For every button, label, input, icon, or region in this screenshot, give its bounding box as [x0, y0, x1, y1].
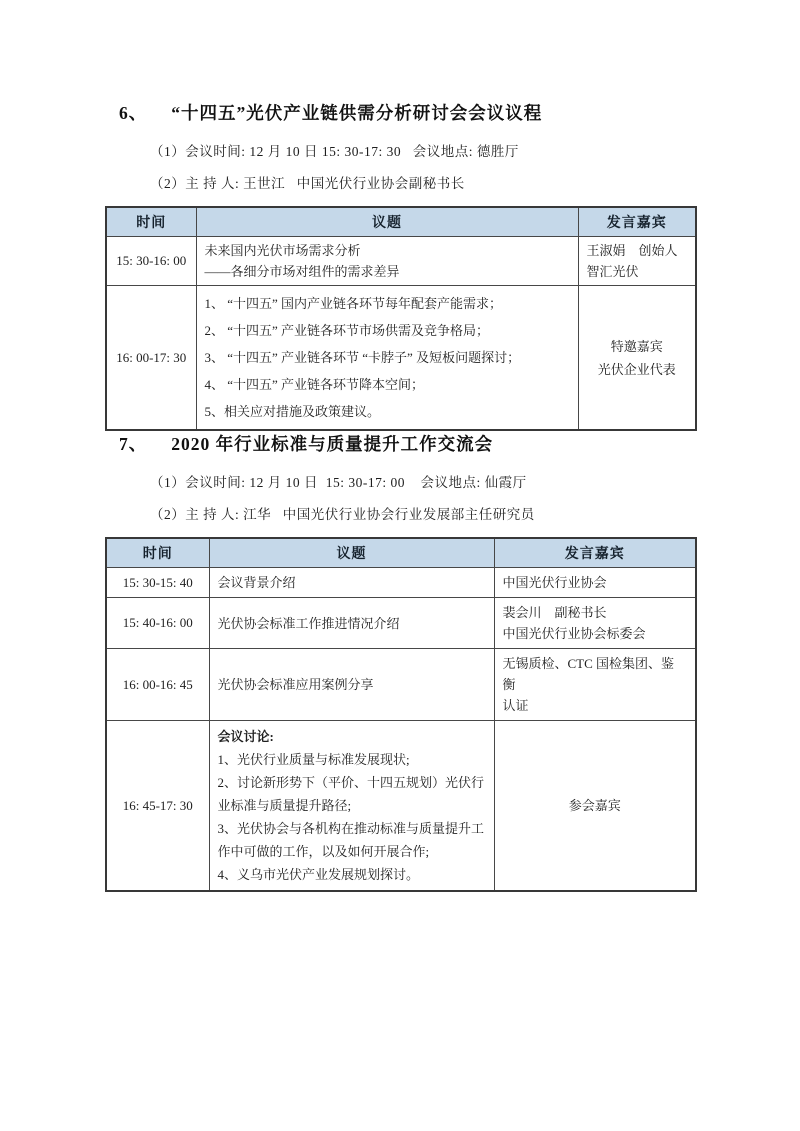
section-7-number: 7、: [119, 431, 147, 457]
topic-line: 2、讨论新形势下（平价、十四五规划）光伏行业标准与质量提升路径;: [218, 771, 486, 817]
section-6-meeting-time-line: （1）会议时间: 12 月 10 日 15: 30-17: 30 会议地点: 德…: [150, 142, 695, 162]
column-header-1: 议题: [196, 207, 578, 237]
topic-line: 1、 “十四五” 国内产业链各环节每年配套产能需求；: [205, 290, 570, 317]
section-6-moderator-line: （2）主 持 人: 王世江 中国光伏行业协会副秘书长: [150, 174, 695, 194]
topic-line: 光伏协会标准工作推进情况介绍: [218, 613, 486, 634]
speaker-line: 中国光伏行业协会标委会: [503, 623, 688, 644]
topic-line: ——各细分市场对组件的需求差异: [205, 261, 570, 282]
column-header-0: 时间: [106, 538, 209, 568]
section-6-heading: 6、“十四五”光伏产业链供需分析研讨会会议议程: [119, 100, 695, 126]
table-row: 16: 45-17: 30会议讨论:1、光伏行业质量与标准发展现状;2、讨论新形…: [106, 721, 696, 892]
topic-cell: 光伏协会标准工作推进情况介绍: [209, 598, 494, 649]
topic-line: 会议背景介绍: [218, 572, 486, 593]
speaker-cell: 王淑娟 创始人智汇光伏: [578, 237, 696, 286]
column-header-2: 发言嘉宾: [578, 207, 696, 237]
speaker-line: 裴会川 副秘书长: [503, 602, 688, 623]
topic-line: 1、光伏行业质量与标准发展现状;: [218, 748, 486, 771]
speaker-cell: 中国光伏行业协会: [494, 568, 696, 598]
topic-line: 2、 “十四五” 产业链各环节市场供需及竞争格局；: [205, 317, 570, 344]
topic-line: 会议讨论:: [218, 725, 486, 748]
header-row: 时间议题发言嘉宾: [106, 538, 696, 568]
column-header-1: 议题: [209, 538, 494, 568]
speaker-line: 特邀嘉宾: [587, 335, 688, 358]
topic-line: 4、义乌市光伏产业发展规划探讨。: [218, 863, 486, 886]
speaker-line: 智汇光伏: [587, 261, 688, 282]
topic-line: 3、 “十四五” 产业链各环节 “卡脖子” 及短板问题探讨；: [205, 344, 570, 371]
speaker-line: 中国光伏行业协会: [503, 572, 688, 593]
speaker-line: 光伏企业代表: [587, 358, 688, 381]
time-cell: 16: 00-16: 45: [106, 649, 209, 721]
section-7-title: 2020 年行业标准与质量提升工作交流会: [171, 434, 493, 454]
column-header-0: 时间: [106, 207, 196, 237]
time-cell: 16: 00-17: 30: [106, 286, 196, 431]
speaker-cell: 裴会川 副秘书长中国光伏行业协会标委会: [494, 598, 696, 649]
topic-cell: 会议背景介绍: [209, 568, 494, 598]
topic-line: 3、光伏协会与各机构在推动标准与质量提升工作中可做的工作，以及如何开展合作;: [218, 817, 486, 863]
speaker-line: 参会嘉宾: [503, 794, 688, 817]
topic-cell: 1、 “十四五” 国内产业链各环节每年配套产能需求；2、 “十四五” 产业链各环…: [196, 286, 578, 431]
speaker-cell: 特邀嘉宾光伏企业代表: [578, 286, 696, 431]
topic-line: 5、相关应对措施及政策建议。: [205, 398, 570, 425]
column-header-2: 发言嘉宾: [494, 538, 696, 568]
topic-line: 光伏协会标准应用案例分享: [218, 674, 486, 695]
table-row: 15: 30-15: 40会议背景介绍中国光伏行业协会: [106, 568, 696, 598]
speaker-line: 王淑娟 创始人: [587, 240, 688, 261]
section-6: 6、“十四五”光伏产业链供需分析研讨会会议议程 （1）会议时间: 12 月 10…: [105, 100, 695, 431]
agenda-table-section-6: 时间议题发言嘉宾15: 30-16: 00未来国内光伏市场需求分析——各细分市场…: [105, 206, 697, 431]
speaker-cell: 参会嘉宾: [494, 721, 696, 892]
section-7-meeting-time-line: （1）会议时间: 12 月 10 日 15: 30-17: 00 会议地点: 仙…: [150, 473, 695, 493]
topic-line: 未来国内光伏市场需求分析: [205, 240, 570, 261]
topic-line: 4、 “十四五” 产业链各环节降本空间；: [205, 371, 570, 398]
section-7: 7、2020 年行业标准与质量提升工作交流会 （1）会议时间: 12 月 10 …: [105, 431, 695, 892]
table-row: 16: 00-17: 301、 “十四五” 国内产业链各环节每年配套产能需求；2…: [106, 286, 696, 431]
time-cell: 16: 45-17: 30: [106, 721, 209, 892]
topic-cell: 光伏协会标准应用案例分享: [209, 649, 494, 721]
time-cell: 15: 30-15: 40: [106, 568, 209, 598]
section-7-moderator-line: （2）主 持 人: 江华 中国光伏行业协会行业发展部主任研究员: [150, 505, 695, 525]
table-row: 15: 40-16: 00光伏协会标准工作推进情况介绍裴会川 副秘书长中国光伏行…: [106, 598, 696, 649]
topic-cell: 会议讨论:1、光伏行业质量与标准发展现状;2、讨论新形势下（平价、十四五规划）光…: [209, 721, 494, 892]
header-row: 时间议题发言嘉宾: [106, 207, 696, 237]
speaker-cell: 无锡质检、CTC 国检集团、鉴衡认证: [494, 649, 696, 721]
section-6-title: “十四五”光伏产业链供需分析研讨会会议议程: [171, 103, 542, 123]
speaker-line: 无锡质检、CTC 国检集团、鉴衡: [503, 653, 688, 695]
time-cell: 15: 40-16: 00: [106, 598, 209, 649]
table-row: 15: 30-16: 00未来国内光伏市场需求分析——各细分市场对组件的需求差异…: [106, 237, 696, 286]
agenda-table-section-7: 时间议题发言嘉宾15: 30-15: 40会议背景介绍中国光伏行业协会15: 4…: [105, 537, 697, 892]
section-7-heading: 7、2020 年行业标准与质量提升工作交流会: [119, 431, 695, 457]
time-cell: 15: 30-16: 00: [106, 237, 196, 286]
document-page: 6、“十四五”光伏产业链供需分析研讨会会议议程 （1）会议时间: 12 月 10…: [0, 0, 800, 1131]
section-6-number: 6、: [119, 100, 147, 126]
page-content: 6、“十四五”光伏产业链供需分析研讨会会议议程 （1）会议时间: 12 月 10…: [105, 100, 695, 892]
table-row: 16: 00-16: 45光伏协会标准应用案例分享无锡质检、CTC 国检集团、鉴…: [106, 649, 696, 721]
speaker-line: 认证: [503, 695, 688, 716]
topic-cell: 未来国内光伏市场需求分析——各细分市场对组件的需求差异: [196, 237, 578, 286]
